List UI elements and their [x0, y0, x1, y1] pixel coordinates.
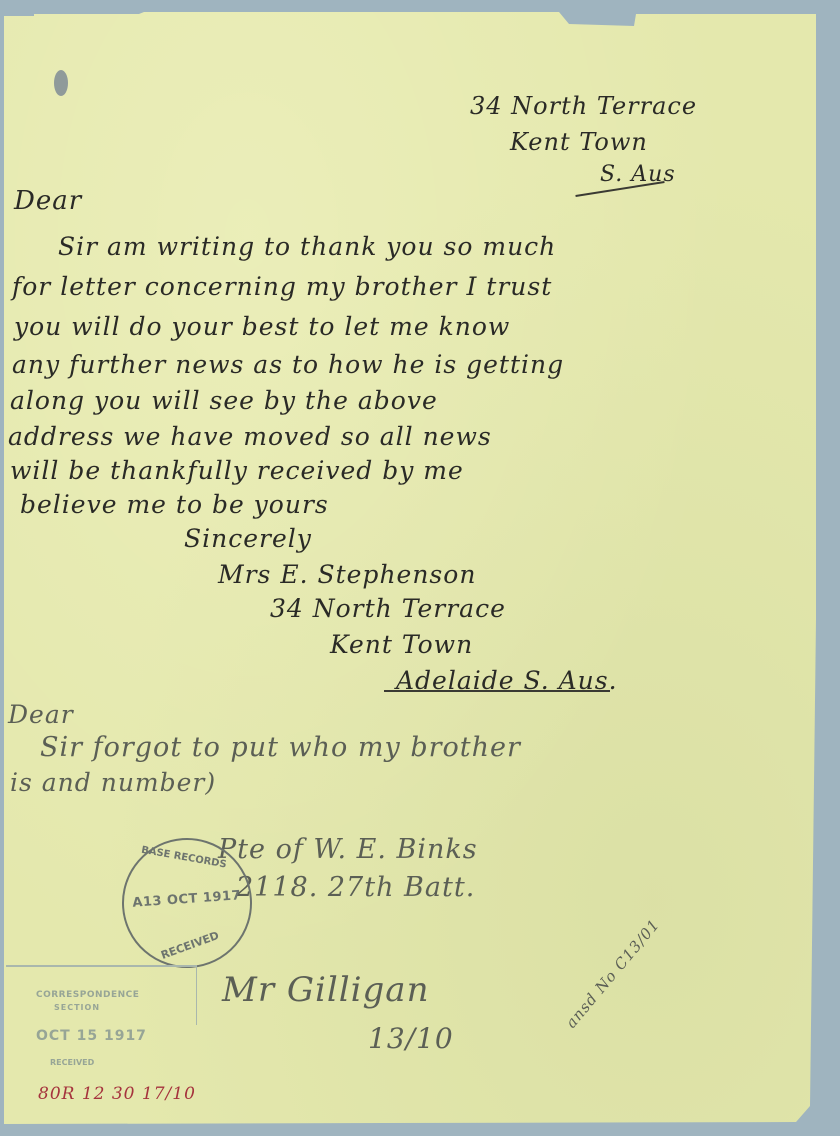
salutation: Dear	[14, 186, 82, 216]
correspondence-stamp-line1: CORRESPONDENCE	[36, 990, 166, 1000]
closing: Sincerely	[184, 524, 312, 553]
red-reference-number: 80R 12 30 17/10	[38, 1084, 196, 1104]
postscript-line2: is and number)	[10, 768, 216, 797]
addressee-annotation: Mr Gilligan	[222, 970, 429, 1010]
addressee-date: 13/10	[368, 1022, 454, 1055]
body-line: Sir am writing to thank you so much	[58, 232, 556, 261]
correspondence-stamp: CORRESPONDENCE SECTION OCT 15 1917 RECEI…	[36, 990, 166, 1067]
postscript-line1: Sir forgot to put who my brother	[40, 732, 521, 763]
received-stamp-date: A13 OCT 1917	[123, 888, 250, 912]
address-header-line3: S. Aus	[600, 162, 676, 187]
soldier-name: Pte of W. E. Binks	[218, 834, 478, 865]
correspondence-stamp-line2: SECTION	[54, 1003, 166, 1012]
body-line: address we have moved so all news	[8, 422, 492, 451]
body-line: will be thankfully received by me	[10, 456, 464, 485]
correspondence-stamp-date: OCT 15 1917	[36, 1028, 166, 1044]
body-line: any further news as to how he is getting	[12, 350, 564, 379]
signature-address-line1: 34 North Terrace	[270, 594, 506, 623]
signature-address-line2: Kent Town	[330, 630, 473, 659]
correspondence-stamp-frame	[6, 965, 196, 967]
address-header-line2: Kent Town	[510, 128, 648, 156]
soldier-number-battalion: 2118. 27th Batt.	[236, 872, 475, 903]
correspondence-stamp-line4: RECEIVED	[50, 1058, 166, 1067]
signature-underline	[384, 690, 610, 692]
body-line: for letter concerning my brother I trust	[12, 272, 552, 301]
body-line: you will do your best to let me know	[14, 312, 510, 341]
body-line: believe me to be yours	[20, 490, 329, 519]
postscript-salutation: Dear	[8, 700, 74, 729]
body-line: along you will see by the above	[10, 386, 438, 415]
signature-name: Mrs E. Stephenson	[218, 560, 476, 589]
address-header-line1: 34 North Terrace	[470, 92, 697, 120]
correspondence-stamp-frame-side	[196, 965, 197, 1025]
punch-hole	[54, 70, 68, 96]
